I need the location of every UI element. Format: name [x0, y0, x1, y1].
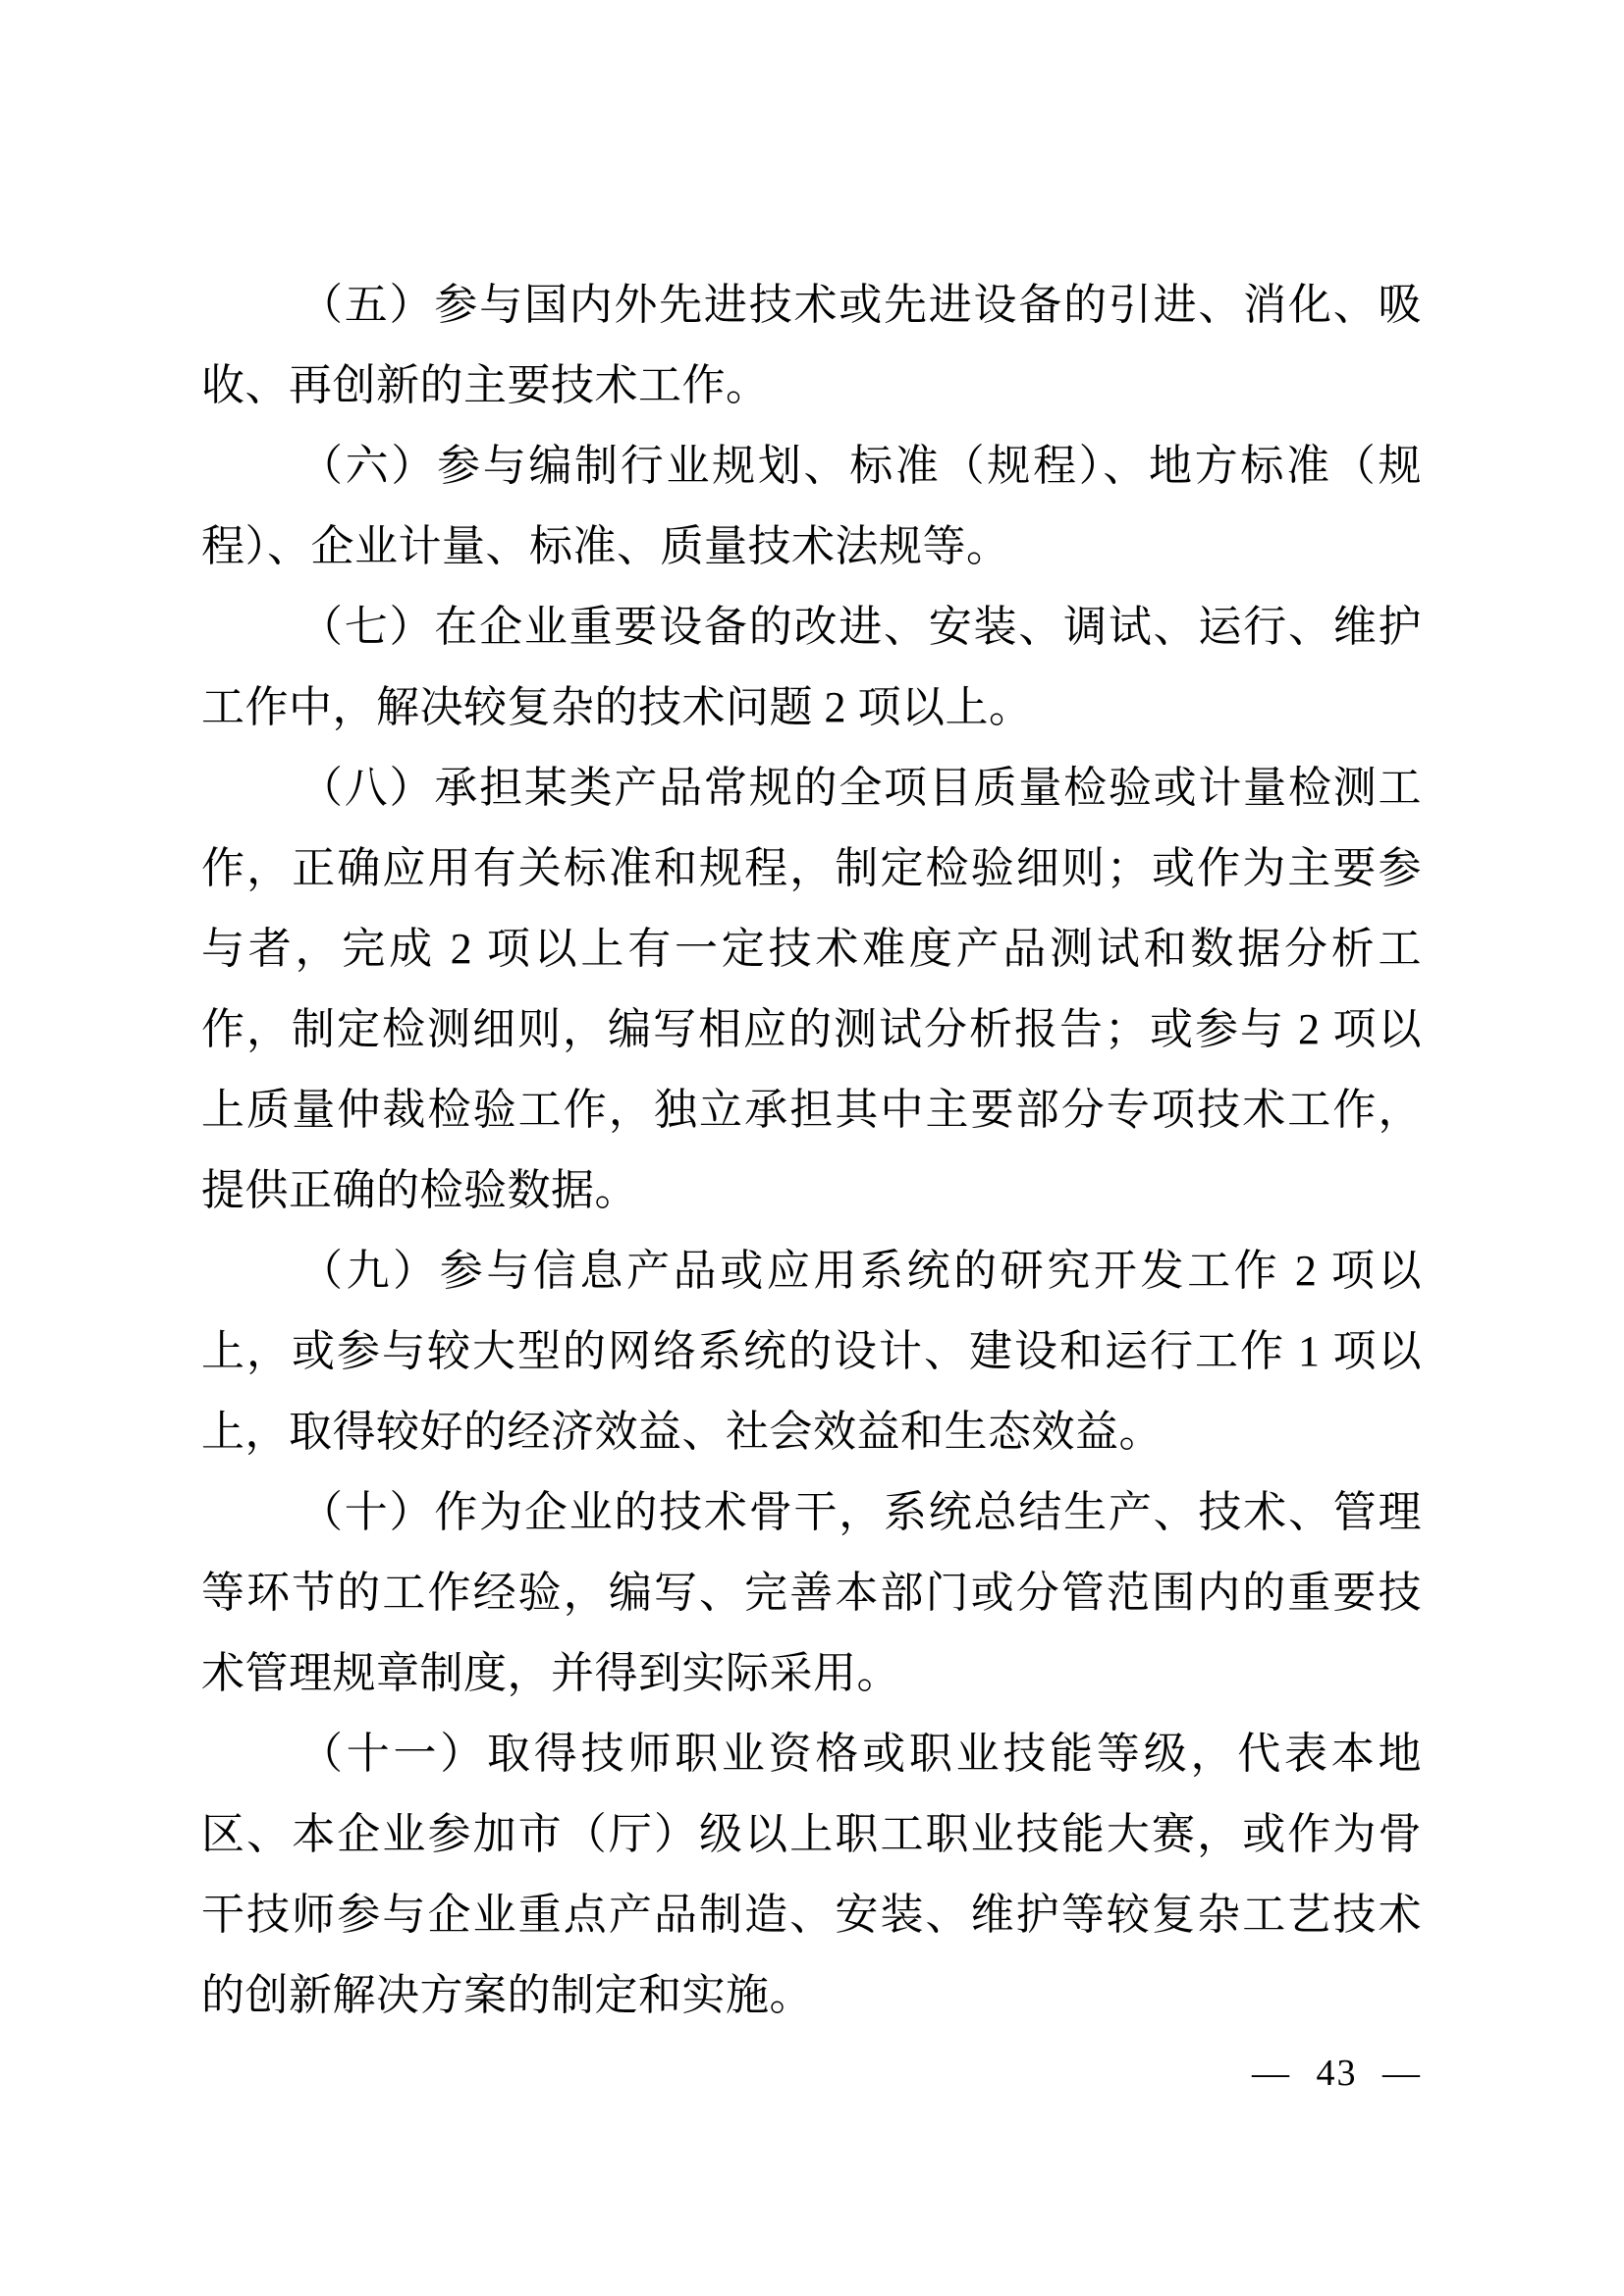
- page-number: — 43 —: [1252, 2053, 1422, 2094]
- document-page: （五）参与国内外先进技术或先进设备的引进、消化、吸收、再创新的主要技术工作。 （…: [0, 0, 1624, 2296]
- paragraph-item-8: （八）承担某类产品常规的全项目质量检验或计量检测工作，正确应用有关标准和规程，制…: [201, 748, 1422, 1231]
- paragraph-item-9: （九）参与信息产品或应用系统的研究开发工作 2 项以上，或参与较大型的网络系统的…: [201, 1231, 1422, 1472]
- paragraph-item-5: （五）参与国内外先进技术或先进设备的引进、消化、吸收、再创新的主要技术工作。: [201, 265, 1422, 426]
- document-body: （五）参与国内外先进技术或先进设备的引进、消化、吸收、再创新的主要技术工作。 （…: [201, 265, 1422, 2036]
- paragraph-item-6: （六）参与编制行业规划、标准（规程）、地方标准（规程）、企业计量、标准、质量技术…: [201, 426, 1422, 587]
- page-footer: — 43 —: [1252, 2052, 1422, 2095]
- paragraph-item-10: （十）作为企业的技术骨干，系统总结生产、技术、管理等环节的工作经验，编写、完善本…: [201, 1472, 1422, 1714]
- paragraph-item-11: （十一）取得技师职业资格或职业技能等级，代表本地区、本企业参加市（厅）级以上职工…: [201, 1714, 1422, 2036]
- paragraph-item-7: （七）在企业重要设备的改进、安装、调试、运行、维护工作中，解决较复杂的技术问题 …: [201, 587, 1422, 748]
